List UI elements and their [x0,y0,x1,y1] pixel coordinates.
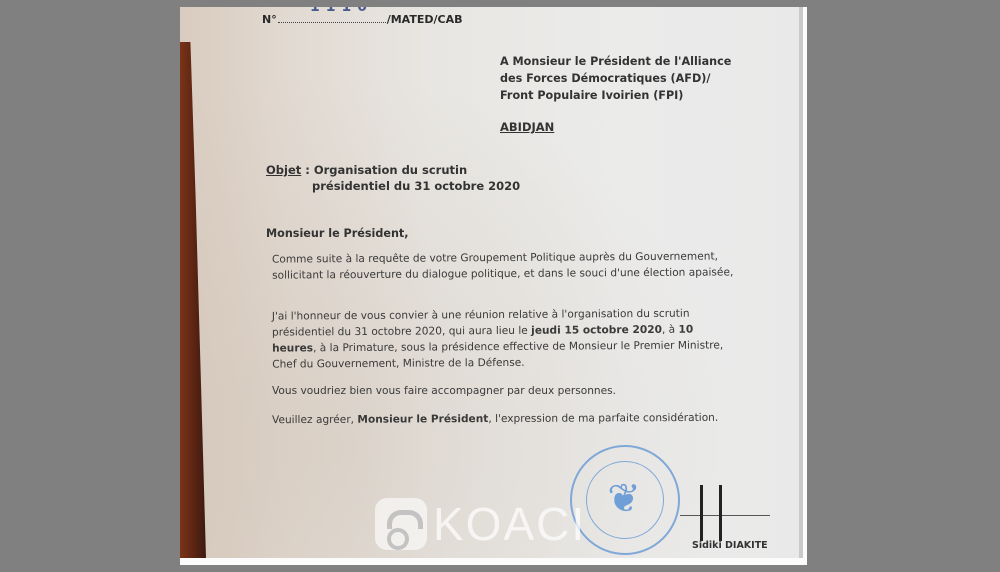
text-span: , l'expression de ma parfaite considérat… [488,412,718,425]
salutation: Monsieur le Président, [266,227,409,240]
subject-line-2: présidentiel du 31 octobre 2020 [266,178,520,194]
text-span: , à la Primature, sous la présidence eff… [313,339,723,354]
closing-paragraph: Veuillez agréer, Monsieur le Président, … [272,410,718,428]
subject-block: Objet : Organisation du scrutin présiden… [266,162,520,194]
koaci-watermark: KOACI [375,496,586,552]
recipient-line: Front Populaire Ivoirien (FPI) [500,87,731,104]
signature-stroke [680,515,770,516]
paragraph-line: Chef du Gouvernement, Ministre de la Déf… [272,353,723,372]
text-span: , à [662,324,679,336]
koaci-logo-icon [375,498,427,550]
meeting-hour-unit: heures [272,342,313,354]
reference-line: N°/MATED/CAB [262,13,462,26]
recipient-line: des Forces Démocratiques (AFD)/ [500,70,731,87]
paragraph-1: Comme suite à la requête de votre Groupe… [272,248,733,283]
signer-name: Sidiki DIAKITE [692,540,768,551]
subject-separator: : [301,163,314,177]
official-stamp: ❦ [570,445,680,555]
table-edge [180,42,206,558]
recipient-address: A Monsieur le Président de l'Alliance de… [500,53,731,104]
reference-prefix: N° [262,13,277,26]
paper-edge [799,7,803,558]
watermark-text: KOACI [433,497,586,551]
subject-line-1: Organisation du scrutin [314,163,467,177]
reference-suffix: /MATED/CAB [387,13,463,26]
text-span: présidentiel du 31 octobre 2020, qui aur… [272,325,531,339]
subject-label: Objet [266,163,301,177]
meeting-date: jeudi 15 octobre 2020 [531,324,662,337]
meeting-hour: 10 [678,324,693,336]
closing-bold: Monsieur le Président [357,413,488,426]
paragraph-3: Vous voudriez bien vous faire accompagne… [272,383,616,399]
text-span: Veuillez agréer, [272,414,357,426]
recipient-line: A Monsieur le Président de l'Alliance [500,53,731,70]
paragraph-2: J'ai l'honneur de vous convier à une réu… [272,305,724,372]
letter-paper: 1110 N°/MATED/CAB A Monsieur le Présiden… [180,7,803,558]
paragraph-line: sollicitant la réouverture du dialogue p… [272,264,733,283]
recipient-city: ABIDJAN [500,120,554,134]
elephant-emblem-icon: ❦ [600,473,648,525]
handwritten-signature [700,485,722,541]
document-photo: 1110 N°/MATED/CAB A Monsieur le Présiden… [180,7,807,565]
reference-dots [278,22,386,23]
paragraph-line: heures, à la Primature, sous la présiden… [272,337,723,356]
